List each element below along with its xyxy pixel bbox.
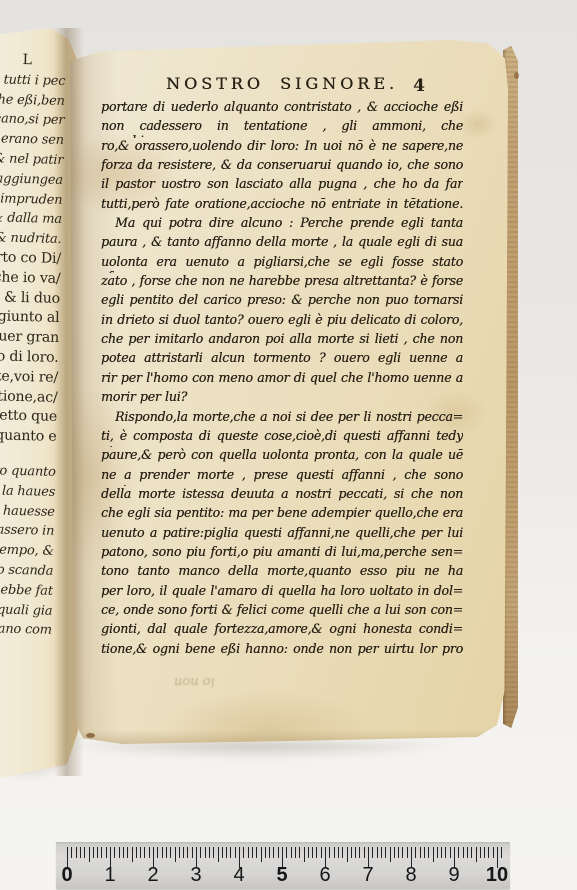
text-line: ce, onde sono forti & felici come quelli… [101,602,463,621]
text-line: morir per lui? [101,389,463,408]
ruler-tick [445,847,446,858]
left-page-fragment: erso di loro. [0,345,59,368]
ruler-tick [402,847,403,858]
ruler-tick [230,847,231,858]
text-line: per loro, il quale l'amaro di quella ha … [101,583,463,602]
ruler-tick [351,847,352,858]
left-page-fragment: che esso la haues [0,479,55,502]
ruler-tick [355,847,356,858]
ruler-tick [493,847,494,858]
page-number: 4 [413,76,425,96]
left-page-fragment: esa, & dalla ma [0,207,62,230]
ruler-tick [484,847,485,858]
text-line: ne a prender morte , prese questi affann… [101,467,463,486]
ruler-tick [218,847,219,862]
text-line: rir per l'homo con meno amor di quel che… [101,370,463,389]
ruler-tick [476,847,477,862]
ruler-tick [119,847,120,858]
ruler-tick [205,847,206,858]
ruler-tick [342,847,343,858]
text-line: Ma qui potra dire alcuno : Perche prende… [101,215,463,234]
ruler-tick [321,847,322,858]
ruler: 012345678910 [56,842,510,889]
ruler-tick [97,847,98,858]
ruler-tick [441,847,442,858]
ruler-number: 0 [61,864,72,887]
ruler-number: 7 [362,864,373,887]
ruler-tick [312,847,313,858]
ruler-tick [106,847,107,858]
ruler-tick [394,847,395,858]
text-line: della morte istessa deuuta a nostri pecc… [101,486,463,505]
ruler-tick [157,847,158,858]
text-line: egli pentito del carico preso: & perche … [101,292,463,311]
right-page: NOSTRO SIGNORE. 4 portare di uederlo alq… [70,40,508,744]
text-line: non cadessero in tentatione , gli ammoni… [101,118,463,137]
ruler-tick [132,847,133,862]
left-page-fragment: edessero quanto [0,459,56,482]
text-line: che per imitarlo andaron poi alla morte … [101,331,463,350]
ruler-tick [114,847,115,858]
text-line: uenuto a patire:piglia questi affanni,ne… [101,525,463,544]
left-page-fragment: l hauer gran [0,325,59,348]
text-line: tutti,però fate oratione,accioche nō ent… [101,196,463,215]
ruler-tick [480,847,481,858]
page-header-title: NOSTRO SIGNORE. [101,74,463,93]
ruler-tick [76,847,77,858]
ruler-tick [127,847,128,858]
left-page-fragment: iuta & nudrita. [0,226,62,249]
ruler-tick [123,847,124,858]
body-text: portare di uederlo alquanto contristato … [101,99,463,660]
ruler-tick [256,847,257,858]
text-line: uolonta era uenuto a pigliarsi,che se eg… [101,254,463,273]
left-page-fragment: on entrassero in [0,519,55,542]
ruler-tick [170,847,171,858]
ruler-tick [364,847,365,858]
text-line: forza da resistere, & da conseruarui qua… [101,157,463,176]
ruler-tick [175,847,176,862]
ruler-tick [71,847,72,858]
ruler-tick [278,847,279,858]
ruler-number: 9 [448,864,459,887]
book-photo: Lna di tutti i peco,il che eßi,benō pote… [0,0,577,890]
text-line: patono, sono piu forti,o piu amanti di l… [101,544,463,563]
left-page-fragment: oro quanto e [0,424,57,447]
ruler-tick [424,847,425,858]
ruler-tick [467,847,468,858]
ruler-tick [471,847,472,858]
page-gutter [54,28,84,776]
left-page-fragment: L [0,48,32,71]
ruler-tick [407,847,408,858]
ruler-number: 4 [233,864,244,887]
ruler-tick [252,847,253,858]
ruler-tick [269,847,270,858]
ruler-tick [84,847,85,858]
left-page-fragment: uanti tempo, & [0,538,54,561]
left-page-fragment: etro & li duo [0,286,60,309]
running-header: NOSTRO SIGNORE. 4 [101,74,463,98]
text-line: potea attristarli alcun tormento ? ouero… [101,350,463,369]
ruler-tick [187,847,188,858]
ruler-tick [200,847,201,858]
ruler-tick [183,847,184,858]
text-line: il pastor uostro son lasciato alla pugna… [101,176,463,195]
left-page-fragment: poteuano com [0,617,52,640]
left-page-fragment: orte dello scanda [0,558,54,581]
ruler-tick [398,847,399,858]
ruler-number: 1 [104,864,115,887]
ruler-tick [265,847,266,858]
ruler-number: 3 [190,864,201,887]
text-line: portare di uederlo alquanto contristato … [101,99,463,118]
left-page-fragment: tre, i quali gia [0,598,53,621]
text-line: paura , & tanto affanno della morte , la… [101,234,463,253]
ruler-tick [226,847,227,858]
ruler-tick [295,847,296,858]
text-line: in drieto si duol tanto? ouero egli è pi… [101,312,463,331]
ruler-tick [488,847,489,858]
left-page-fragment: norte,voi re/ [0,365,58,388]
ruler-tick [248,847,249,858]
ruler-tick [437,847,438,858]
ruler-tick [377,847,378,858]
ruler-tick [299,847,300,858]
ruler-tick [209,847,210,858]
left-page-fragment: & detto que [0,405,57,428]
ruler-tick [101,847,102,858]
text-line: Rispondo,la morte,che a noi si dee per l… [101,409,463,428]
ruler-tick [329,847,330,858]
ruler-tick [415,847,416,858]
ruler-tick [450,847,451,858]
page-content: NOSTRO SIGNORE. 4 portare di uederlo alq… [101,74,463,660]
left-page-fragment: oratione,ac/ [0,385,58,408]
page-speck [86,733,95,738]
ruler-tick [308,847,309,858]
ruler-tick [291,847,292,858]
ruler-number: 10 [486,864,508,887]
show-through-text: io non [174,674,215,689]
ruler-tick [89,847,90,862]
text-line: ro,& orassero,uolendo dir loro: In uoi n… [101,138,463,157]
ruler-tick [144,847,145,858]
ruler-tick [304,847,305,862]
ruler-tick [428,847,429,858]
ruler-tick [334,847,335,858]
ruler-tick [286,847,287,858]
ruler-number: 2 [147,864,158,887]
ruler-tick [390,847,391,862]
fore-edge-speck [514,72,519,79]
ruler-number: 6 [319,864,330,887]
left-page-fragment: horto co Di/ [0,246,61,269]
left-page-fragment: fin che io va/ [0,266,61,289]
ruler-tick [372,847,373,858]
ruler-tick [316,847,317,858]
ruler-tick [179,847,180,858]
ruler-tick [385,847,386,858]
ruler-tick [222,847,223,858]
ruler-number: 8 [405,864,416,887]
ruler-tick [347,847,348,862]
ruler-tick [140,847,141,858]
ruler-tick [501,847,502,858]
text-line: paure,& però con quella uolonta pronta, … [101,447,463,466]
left-page-fragment: he egli li hauesse [0,499,55,522]
ruler-tick [273,847,274,858]
ruler-tick [458,847,459,858]
ruler-tick [261,847,262,862]
ruler-tick [166,847,167,858]
text-line: tione,& ogni bene eßi hanno: onde non pe… [101,641,463,660]
ruler-tick [213,847,214,858]
text-line: zato , forse che non ne harebbe presa al… [101,273,463,292]
ruler-tick [433,847,434,862]
ruler-tick [235,847,236,858]
text-line: che egli sia pentito: ma per bene adempi… [101,505,463,524]
ruler-tick [192,847,193,858]
left-page-fragment: oi che hebbe fat [0,578,53,601]
ruler-tick [149,847,150,858]
left-page-fragment: i,& giunto al [0,306,60,329]
ruler-tick [463,847,464,858]
ruler-tick [80,847,81,858]
ruler-tick [93,847,94,858]
ruler-tick [136,847,137,858]
ruler-tick [420,847,421,858]
ruler-number: 5 [276,864,287,887]
ruler-tick [359,847,360,858]
ruler-tick [338,847,339,858]
text-line: gionti, dal quale fortezza,amore,& ogni … [101,621,463,640]
ruler-tick [162,847,163,858]
ruler-tick [381,847,382,858]
text-line: tono tanto manco della morte,quanto esso… [101,563,463,582]
text-line: ti, è composta di queste cose,cioè,di qu… [101,428,463,447]
ruler-tick [243,847,244,858]
